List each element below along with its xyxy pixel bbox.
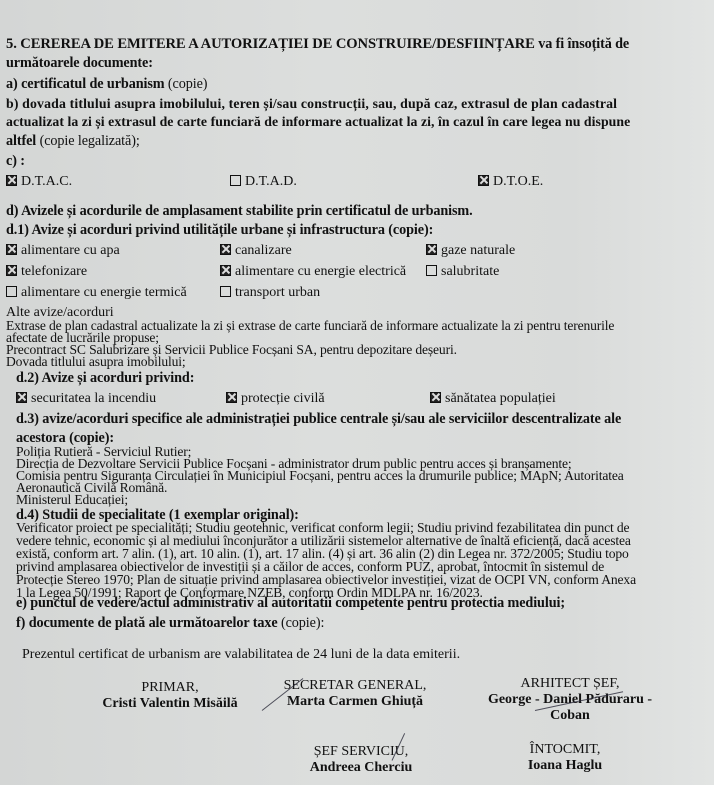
checkbox-checked-icon[interactable] [478, 175, 489, 186]
option-water-supply[interactable]: alimentare cu apa [6, 243, 120, 259]
d3-line: Ministerul Educației; [16, 494, 128, 507]
signature-role: ȘEF SERVICIU, [296, 744, 426, 760]
item-b-line3-bold: altfel [6, 133, 36, 149]
validity-statement: Prezentul certificat de urbanism are val… [22, 647, 460, 663]
checkbox-unchecked-icon[interactable] [6, 286, 17, 297]
option-dtoe-label: D.T.O.E. [493, 174, 543, 189]
checkbox-checked-icon[interactable] [6, 244, 17, 255]
option-dtad[interactable]: D.T.A.D. [230, 174, 297, 190]
checkbox-checked-icon[interactable] [220, 244, 231, 255]
item-f-suffix: (copie): [278, 615, 325, 631]
other-approvals-line: Dovada titlului asupra imobilului; [6, 356, 186, 369]
item-b-line1: b) dovada titlului asupra imobilului, te… [6, 96, 617, 112]
signature-head-of-service: ȘEF SERVICIU, Andreea Cherciu [296, 744, 426, 776]
option-telephony[interactable]: telefonizare [6, 264, 87, 280]
checkbox-checked-icon[interactable] [220, 265, 231, 276]
item-a: a) certificatul de urbanism (copie) [6, 76, 207, 93]
checkbox-checked-icon[interactable] [430, 392, 441, 403]
option-sewerage[interactable]: canalizare [220, 243, 292, 259]
item-f-label: f) documente de plată ale următoarelor t… [16, 615, 278, 631]
option-label: sănătatea populației [445, 391, 556, 406]
item-b-line3-rest: (copie legalizată); [36, 133, 140, 149]
signature-drafted-by: ÎNTOCMIT, Ioana Haglu [515, 742, 615, 774]
option-dtac-label: D.T.A.C. [21, 174, 72, 189]
signature-secretary: SECRETAR GENERAL, Marta Carmen Ghiuță [280, 678, 430, 710]
item-f: f) documente de plată ale următoarelor t… [16, 615, 324, 632]
signature-name: Marta Carmen Ghiuță [280, 694, 430, 710]
checkbox-checked-icon[interactable] [6, 175, 17, 186]
option-fire-safety[interactable]: securitatea la incendiu [16, 391, 156, 407]
item-a-label: a) certificatul de urbanism [6, 76, 164, 92]
section-5-title-bold: 5. CEREREA DE EMITERE A AUTORIZAȚIEI DE … [6, 36, 535, 52]
checkbox-checked-icon[interactable] [16, 392, 27, 403]
option-label: protecție civilă [241, 391, 325, 406]
signature-name: Cristi Valentin Misăilă [95, 696, 245, 712]
signature-name-line1: George - Daniel Păduraru - [470, 692, 670, 708]
signature-role: PRIMAR, [95, 680, 245, 696]
option-sanitation[interactable]: salubritate [426, 264, 499, 280]
option-label: transport urban [235, 285, 320, 300]
option-dtac[interactable]: D.T.A.C. [6, 174, 72, 190]
item-c-label: c) : [6, 153, 25, 170]
option-label: alimentare cu energie termică [21, 285, 187, 300]
option-electricity[interactable]: alimentare cu energie electrică [220, 264, 406, 280]
section-5-title: 5. CEREREA DE EMITERE A AUTORIZAȚIEI DE … [6, 36, 629, 53]
signature-name: Ioana Haglu [515, 758, 615, 774]
option-label: securitatea la incendiu [31, 391, 156, 406]
option-label: alimentare cu energie electrică [235, 264, 406, 279]
option-label: alimentare cu apa [21, 243, 120, 258]
signature-mayor: PRIMAR, Cristi Valentin Misăilă [95, 680, 245, 712]
option-heating[interactable]: alimentare cu energie termică [6, 285, 187, 301]
signature-name: Andreea Cherciu [296, 760, 426, 776]
item-d3-heading-line1: d.3) avize/acorduri specifice ale admini… [16, 411, 621, 428]
option-label: canalizare [235, 243, 292, 258]
checkbox-unchecked-icon[interactable] [220, 286, 231, 297]
checkbox-unchecked-icon[interactable] [426, 265, 437, 276]
signature-architect: ARHITECT ȘEF, George - Daniel Păduraru -… [470, 676, 670, 724]
signature-role: ARHITECT ȘEF, [470, 676, 670, 692]
option-label: telefonizare [21, 264, 87, 279]
item-b-line3: altfel (copie legalizată); [6, 133, 140, 150]
item-a-suffix: (copie) [164, 76, 207, 92]
signature-name-line2: Coban [470, 708, 670, 724]
option-label: gaze naturale [441, 243, 515, 258]
option-public-transport[interactable]: transport urban [220, 285, 320, 301]
checkbox-checked-icon[interactable] [226, 392, 237, 403]
item-b-line2: actualizat la zi și extrasul de carte fu… [6, 114, 630, 130]
checkbox-checked-icon[interactable] [6, 265, 17, 276]
section-5-title-line2: următoarele documente: [6, 55, 153, 72]
certificate-page: 5. CEREREA DE EMITERE A AUTORIZAȚIEI DE … [0, 0, 714, 785]
option-label: salubritate [441, 264, 499, 279]
signature-role: ÎNTOCMIT, [515, 742, 615, 758]
option-dtad-label: D.T.A.D. [245, 174, 297, 189]
item-d-heading: d) Avizele și acordurile de amplasament … [6, 203, 473, 220]
checkbox-checked-icon[interactable] [426, 244, 437, 255]
signature-role: SECRETAR GENERAL, [280, 678, 430, 694]
option-dtoe[interactable]: D.T.O.E. [478, 174, 543, 190]
item-e: e) punctul de vedere/actul administrativ… [16, 595, 565, 612]
item-d1-heading: d.1) Avize și acorduri privind utilități… [6, 222, 433, 239]
checkbox-unchecked-icon[interactable] [230, 175, 241, 186]
option-natural-gas[interactable]: gaze naturale [426, 243, 515, 259]
option-civil-protection[interactable]: protecție civilă [226, 391, 325, 407]
option-public-health[interactable]: sănătatea populației [430, 391, 556, 407]
item-d2-heading: d.2) Avize și acorduri privind: [16, 370, 194, 387]
section-5-title-rest: va fi însoțită de [535, 36, 629, 52]
